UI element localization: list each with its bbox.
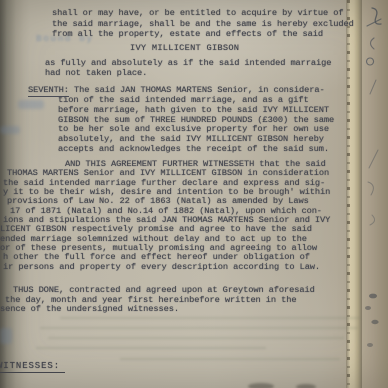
scanned-document-photo: Bound by shall or may have, or be entitl… xyxy=(0,0,388,388)
text-line: sence of the undersigned witnesses. xyxy=(0,305,315,315)
text-line: The said JAN THOMAS MARTENS Senior, in c… xyxy=(69,85,325,95)
text-line: ir persons and property of every descrip… xyxy=(3,263,330,272)
bottom-smudge xyxy=(296,384,316,388)
text-line: accepts and acknowledges the receipt of … xyxy=(58,145,334,155)
typed-text-layer: shall or may have, or be entitled to acq… xyxy=(0,0,388,388)
paragraph-exclusion: shall or may have, or be entitled to acq… xyxy=(52,8,354,40)
text-line: shall or may have, or be entitled to acq… xyxy=(52,8,354,19)
text-line: had not taken place. xyxy=(45,69,331,79)
witnesses-label: WITNESSES: xyxy=(0,361,65,373)
clause-seventh: SEVENTH: The said JAN THOMAS MARTENS Sen… xyxy=(0,86,334,155)
paragraph-thus-done: THUS DONE, contracted and agreed upon at… xyxy=(0,286,315,315)
text-line: from all the property, estate and effect… xyxy=(52,29,354,40)
paragraph-agreement-witnesseth: AND THIS AGREEMENT FURTHER WITNESSETH th… xyxy=(0,160,330,272)
bottom-smudge xyxy=(248,383,274,388)
paragraph-intended-marriage: as fully and absolutely as if the said i… xyxy=(45,59,331,79)
name-heading: IVY MILLICENT GIBSON xyxy=(130,43,239,53)
text-line: the said marriage, shall be and the same… xyxy=(52,19,354,30)
